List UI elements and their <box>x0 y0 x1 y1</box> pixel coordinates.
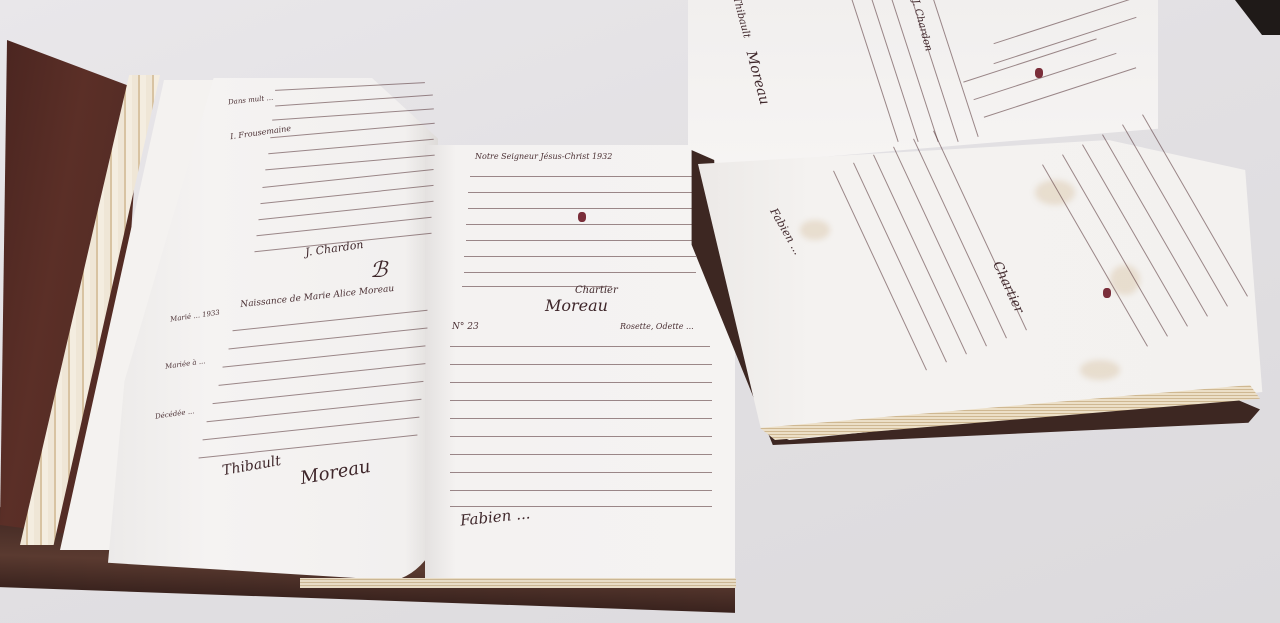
foxing-stain <box>1035 180 1075 205</box>
right-book: Thibault Moreau J. Chardon Chartier Fabi… <box>680 0 1280 450</box>
upper-wax-seal-mark <box>1035 68 1043 78</box>
left-book: J. Chardon I. Frousemaine Dans mult ... … <box>0 0 760 623</box>
left-book-bottom-edge <box>300 578 736 588</box>
foxing-stain <box>800 220 830 240</box>
foxing-stain <box>1080 360 1120 380</box>
lower-wax-seal-mark <box>1103 288 1111 298</box>
signature-chartier: Chartier <box>575 285 618 296</box>
signature-moreau-right: Moreau <box>545 296 608 315</box>
right-page-entry-number: N° 23 <box>452 322 479 332</box>
initial-mark: ℬ <box>370 258 387 283</box>
right-page-top-heading: Notre Seigneur Jésus-Christ 1932 <box>475 152 612 161</box>
wax-seal-mark <box>578 212 586 222</box>
